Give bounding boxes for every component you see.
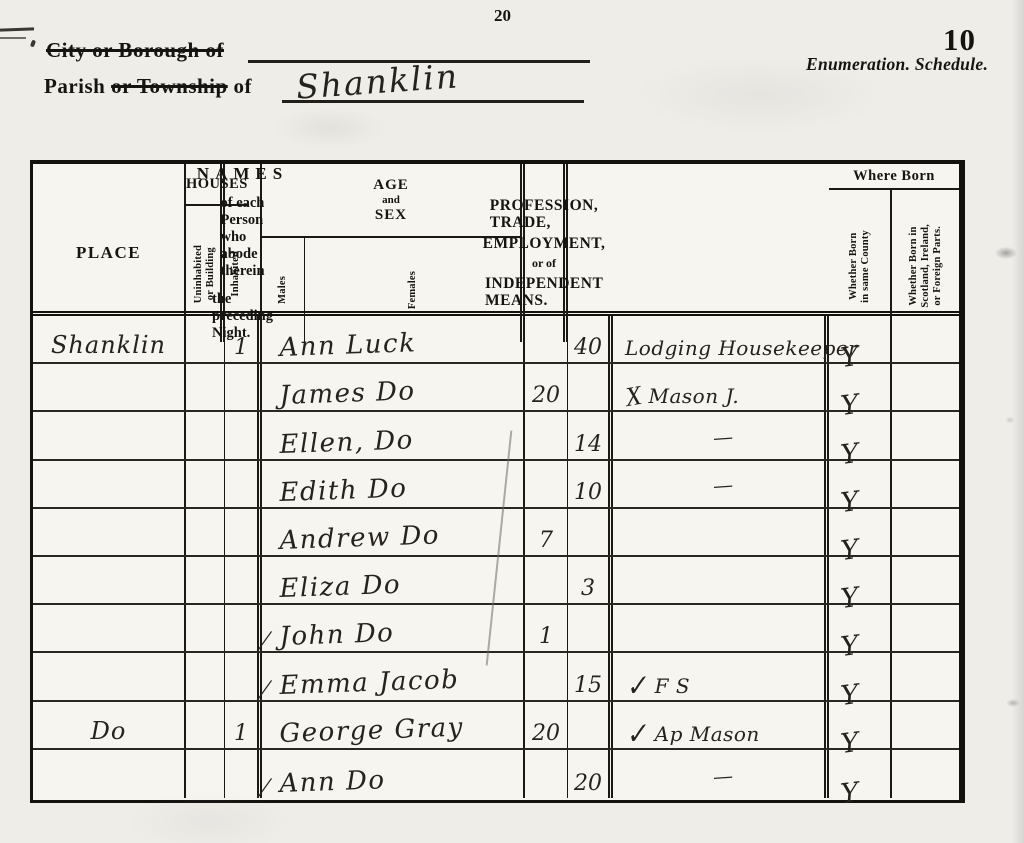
enumerator-tick: ∕	[262, 772, 267, 806]
inhabited-cell	[225, 509, 262, 555]
place-cell	[33, 412, 186, 458]
profession-cell	[613, 509, 829, 555]
place-cell	[33, 461, 186, 507]
name-cell: ∕ Ann Do	[262, 750, 525, 798]
place-cell	[33, 509, 186, 555]
born-elsewhere-cell	[892, 653, 959, 699]
profession-text: —	[712, 473, 736, 497]
males-age-cell	[525, 412, 568, 458]
city-borough-label: City or Borough of	[46, 38, 224, 63]
born-same-county-cell: Y	[829, 364, 892, 410]
parish-underline	[282, 100, 584, 103]
inhabited-cell	[225, 605, 262, 651]
profession-cell	[613, 605, 829, 651]
person-name: Andrew Do	[279, 521, 440, 555]
inhabited-cell	[225, 750, 262, 798]
enumerator-check: ✓	[623, 672, 649, 700]
males-age-cell	[525, 316, 568, 362]
profession-cell	[613, 557, 829, 603]
enumerator-check: X	[623, 383, 643, 410]
uninhabited-cell	[186, 653, 225, 699]
males-age-cell: 20	[525, 702, 568, 748]
place-cell	[33, 605, 186, 651]
born-elsewhere-cell	[892, 412, 959, 458]
males-age-cell: 20	[525, 364, 568, 410]
profession-text: —	[712, 764, 736, 788]
uninhabited-cell	[186, 702, 225, 748]
inhabited-cell	[225, 412, 262, 458]
profession-cell: —	[613, 412, 829, 458]
name-cell: Edith Do	[262, 461, 525, 507]
person-name: Ellen, Do	[279, 426, 414, 459]
profession-cell: —	[613, 461, 829, 507]
person-name: Ann Do	[279, 766, 386, 798]
person-name: Edith Do	[279, 474, 408, 506]
place-cell	[33, 653, 186, 699]
table-row: Ellen, Do 14 — Y	[33, 412, 959, 460]
person-name: George Gray	[279, 713, 464, 747]
born-same-county-cell: Y	[829, 412, 892, 458]
inhabited-cell	[225, 461, 262, 507]
females-age-cell	[568, 509, 613, 555]
males-age-cell	[525, 461, 568, 507]
person-name: Ann Luck	[279, 329, 417, 362]
males-age-cell	[525, 653, 568, 699]
inhabited-cell: 1	[225, 316, 262, 362]
males-age-cell: 7	[525, 509, 568, 555]
place-cell: Shanklin	[33, 316, 186, 362]
table-row: Shanklin 1 Ann Luck 40 Lodging Housekeep…	[33, 316, 959, 364]
place-cell	[33, 364, 186, 410]
females-age-cell: 14	[568, 412, 613, 458]
born-elsewhere-cell	[892, 557, 959, 603]
table-row: Andrew Do 7 Y	[33, 509, 959, 557]
males-age-cell	[525, 557, 568, 603]
person-name: Emma Jacob	[279, 665, 460, 699]
table-row: ∕ John Do 1 Y	[33, 605, 959, 653]
person-name: Eliza Do	[279, 571, 401, 603]
profession-text: Mason J.	[649, 385, 740, 408]
table-row: ∕ Emma Jacob 15 ✓ F S Y	[33, 653, 959, 701]
person-name: John Do	[279, 619, 395, 651]
name-cell: Andrew Do	[262, 509, 525, 555]
born-same-county-cell: Y	[829, 702, 892, 748]
females-age-cell: 40	[568, 316, 613, 362]
inhabited-cell: 1	[225, 702, 262, 748]
scan-artifact-line	[0, 37, 26, 39]
profession-text: F S	[655, 675, 690, 698]
profession-text: Lodging Housekeeper	[625, 337, 858, 360]
place-cell	[33, 557, 186, 603]
table-row: Edith Do 10 — Y	[33, 461, 959, 509]
born-same-county-cell: Y	[829, 653, 892, 699]
schedule-number: 10	[943, 22, 976, 58]
females-age-cell: 10	[568, 461, 613, 507]
inhabited-cell	[225, 557, 262, 603]
uninhabited-cell	[186, 316, 225, 362]
profession-cell: ✓ F S	[613, 653, 829, 699]
females-age-cell: 15	[568, 653, 613, 699]
name-cell: ∕ John Do	[262, 605, 525, 651]
profession-cell: ✓ Ap Mason	[613, 702, 829, 748]
inhabited-cell	[225, 364, 262, 410]
born-same-county-cell: Y	[829, 605, 892, 651]
table-row: ∕ Ann Do 20 — Y	[33, 750, 959, 798]
place-cell: Do	[33, 702, 186, 748]
name-cell: James Do	[262, 364, 525, 410]
born-elsewhere-cell	[892, 750, 959, 798]
profession-cell: —	[613, 750, 829, 798]
born-same-county-cell: Y	[829, 557, 892, 603]
females-age-cell: 3	[568, 557, 613, 603]
uninhabited-cell	[186, 461, 225, 507]
name-cell: Ann Luck	[262, 316, 525, 362]
inhabited-cell	[225, 653, 262, 699]
name-cell: George Gray	[262, 702, 525, 748]
males-age-cell: 1	[525, 605, 568, 651]
uninhabited-cell	[186, 750, 225, 798]
profession-cell: Lodging Housekeeper	[613, 316, 829, 362]
place-cell	[33, 750, 186, 798]
page-number: 20	[494, 6, 511, 26]
born-same-county-cell: Y	[829, 750, 892, 798]
enumerator-check: ✓	[623, 720, 649, 748]
header-where-born: Where Born	[829, 164, 959, 190]
name-cell: Ellen, Do	[262, 412, 525, 458]
uninhabited-cell	[186, 557, 225, 603]
profession-cell: X Mason J.	[613, 364, 829, 410]
table-row: James Do 20 X Mason J. Y	[33, 364, 959, 412]
born-elsewhere-cell	[892, 316, 959, 362]
males-age-cell	[525, 750, 568, 798]
parish-township-label: Parish or Township of	[44, 74, 252, 99]
table-row: Do 1 George Gray 20 ✓ Ap Mason Y	[33, 702, 959, 750]
uninhabited-cell	[186, 364, 225, 410]
born-county-mark: Y	[840, 782, 860, 806]
uninhabited-cell	[186, 605, 225, 651]
enumeration-table: PLACE HOUSES Uninhabited or Building Inh…	[30, 160, 965, 803]
born-same-county-cell: Y	[829, 509, 892, 555]
schedule-title: Enumeration. Schedule.	[806, 54, 988, 75]
table-header: PLACE HOUSES Uninhabited or Building Inh…	[33, 164, 959, 316]
uninhabited-cell	[186, 509, 225, 555]
name-cell: Eliza Do	[262, 557, 525, 603]
females-age-cell	[568, 702, 613, 748]
females-age-cell: 20	[568, 750, 613, 798]
born-same-county-cell: Y	[829, 461, 892, 507]
born-elsewhere-cell	[892, 364, 959, 410]
profession-text: —	[712, 425, 736, 449]
born-elsewhere-cell	[892, 461, 959, 507]
born-elsewhere-cell	[892, 605, 959, 651]
person-name: James Do	[279, 378, 416, 411]
females-age-cell	[568, 605, 613, 651]
born-same-county-cell: Y	[829, 316, 892, 362]
uninhabited-cell	[186, 412, 225, 458]
females-age-cell	[568, 364, 613, 410]
born-elsewhere-cell	[892, 702, 959, 748]
profession-text: Ap Mason	[655, 723, 760, 746]
born-elsewhere-cell	[892, 509, 959, 555]
